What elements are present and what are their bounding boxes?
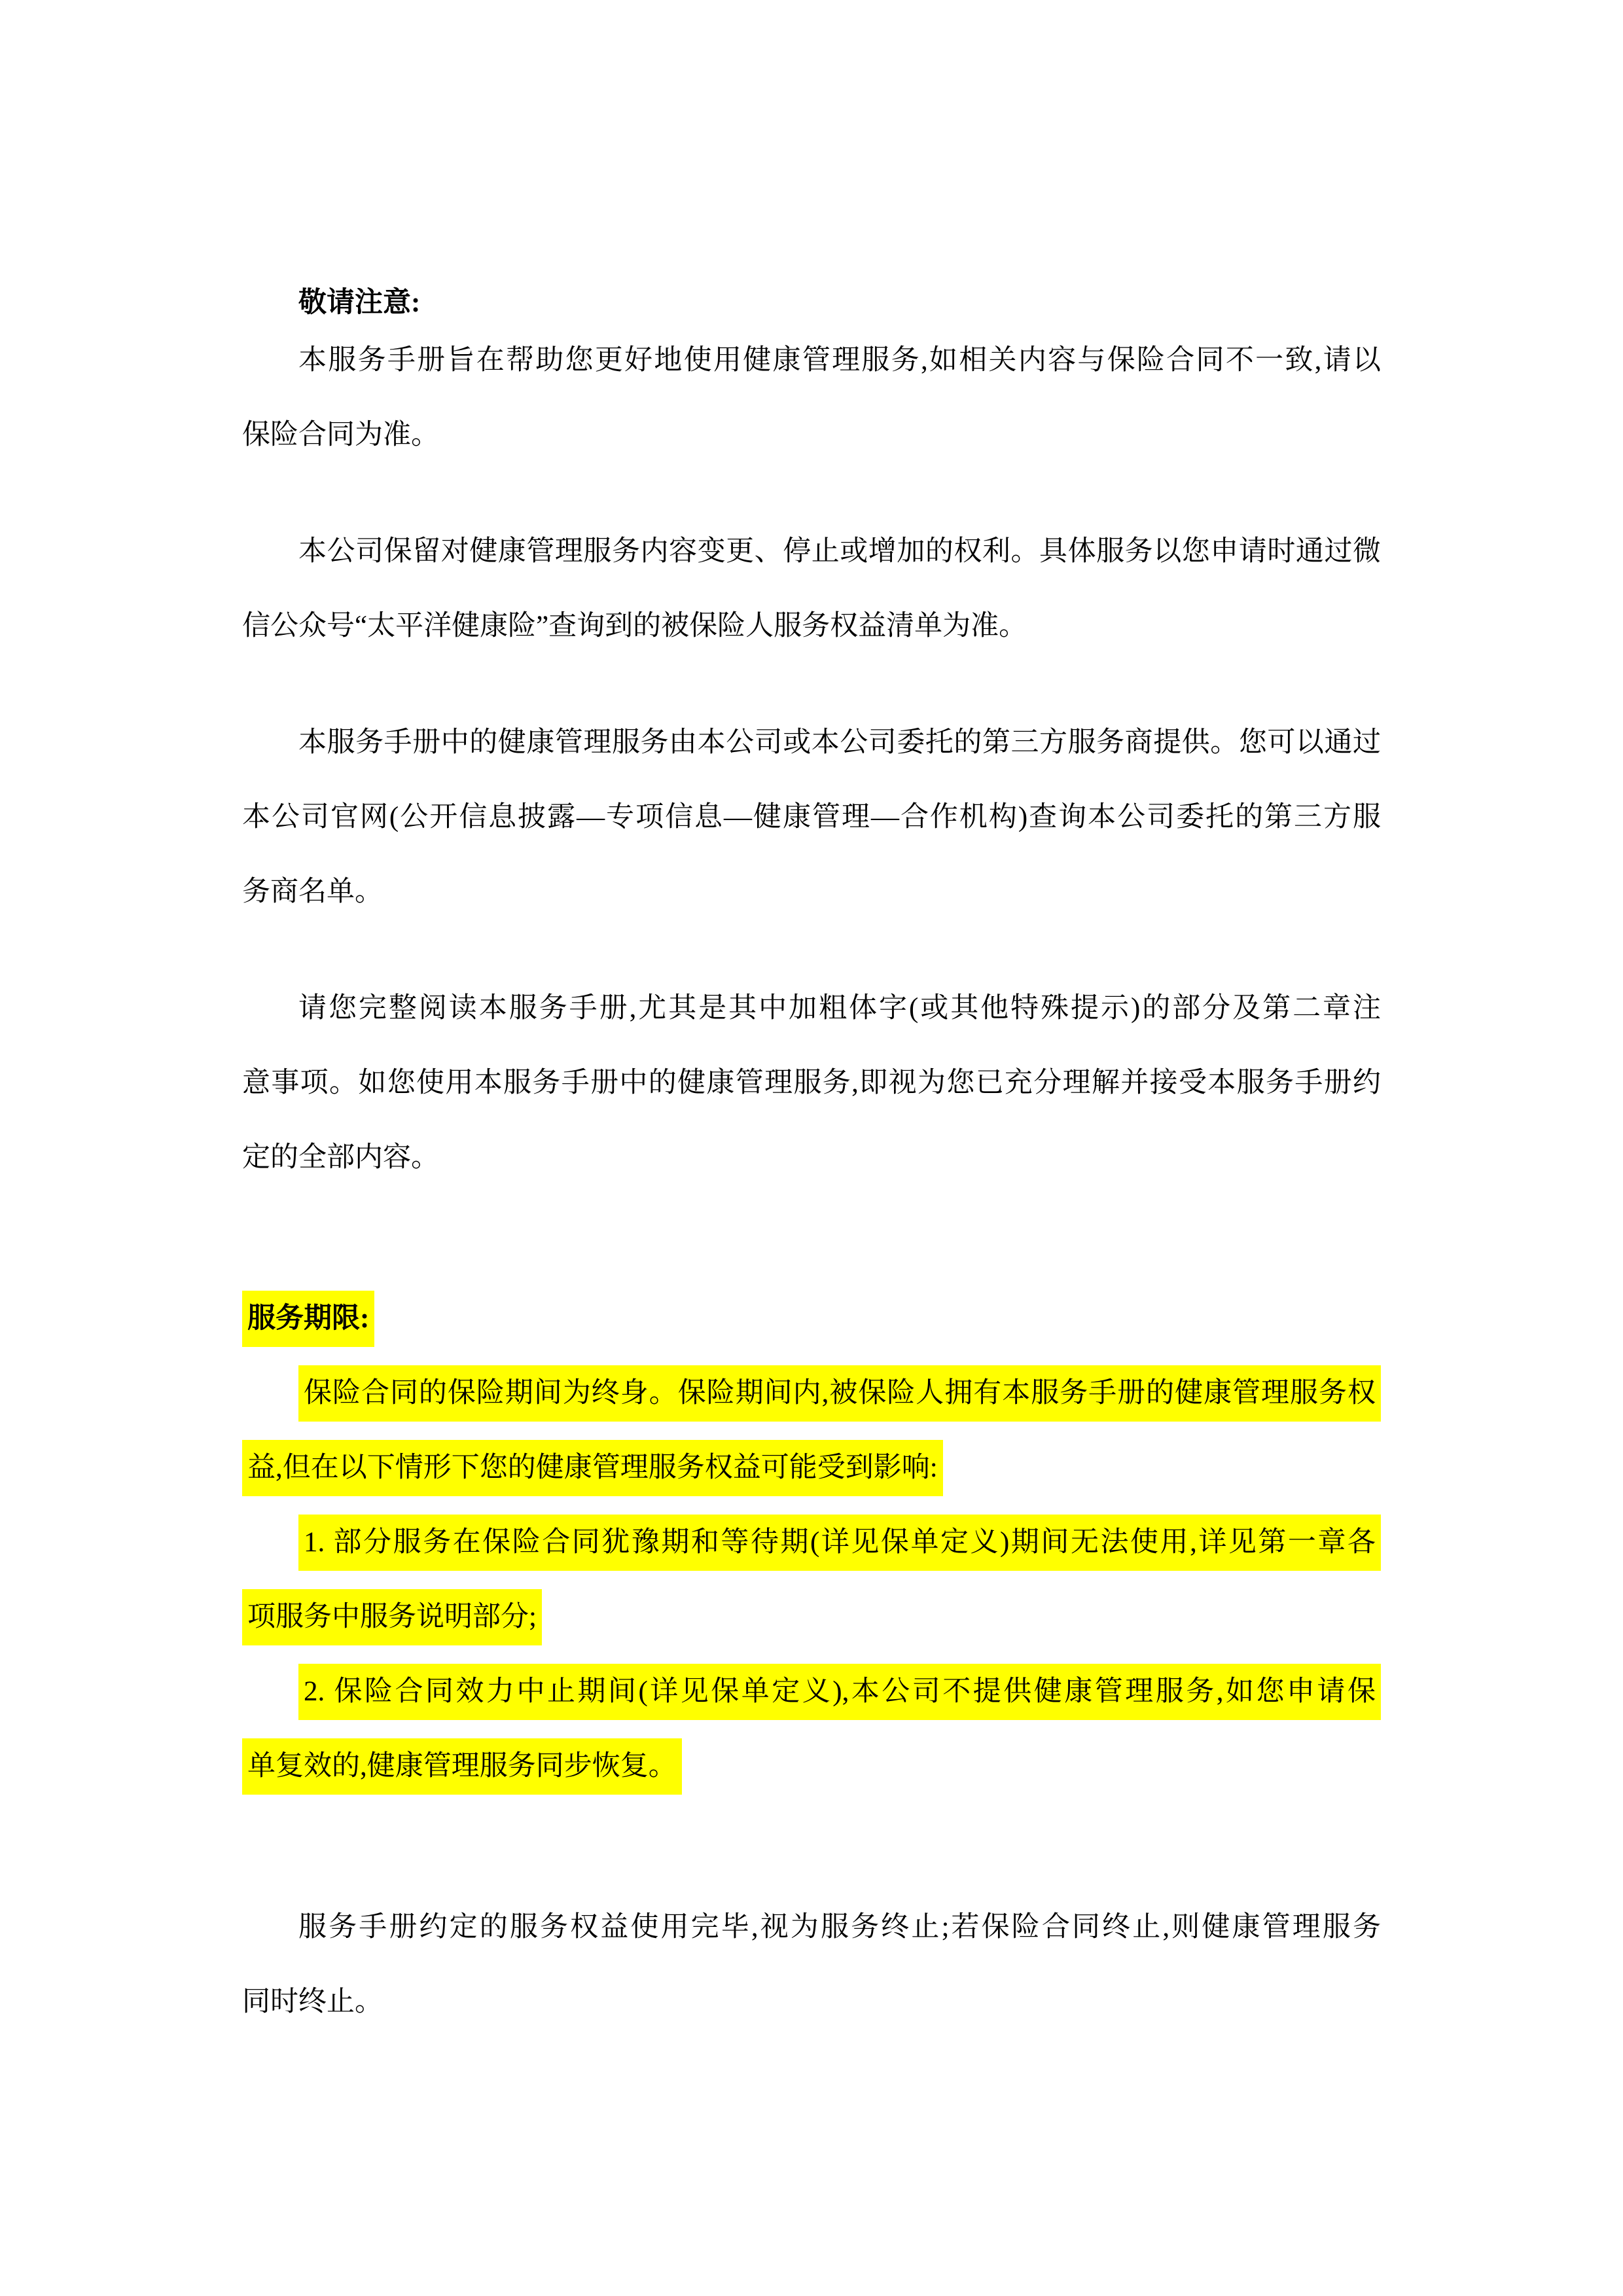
- highlighted-text: 1. 部分服务在保险合同犹豫期和等待期(详见保单定义)期间无法使用,详见第一章各: [298, 1515, 1381, 1571]
- highlighted-text: 单复效的,健康管理服务同步恢复。: [242, 1738, 682, 1795]
- service-period-heading: 服务期限:: [242, 1282, 1381, 1356]
- text-line: 本公司保留对健康管理服务内容变更、停止或增加的权利。具体服务以您申请时通过微: [242, 514, 1381, 589]
- text-run: 请您完整阅读本服务手册,尤其是其中加粗体字(或其他特殊提示)的部分及第二章注: [298, 993, 1381, 1024]
- document-page: { "page": { "background_color": "#ffffff…: [0, 0, 1623, 2296]
- text-run: 本公司官网(公开信息披露—专项信息—健康管理—合作机构)查询本公司委托的第三方服: [242, 802, 1381, 833]
- closing-paragraph: 服务手册约定的服务权益使用完毕,视为服务终止;若保险合同终止,则健康管理服务同时…: [242, 1890, 1381, 2039]
- text-line: 1. 部分服务在保险合同犹豫期和等待期(详见保单定义)期间无法使用,详见第一章各: [242, 1505, 1381, 1580]
- highlighted-text: 2. 保险合同效力中止期间(详见保单定义),本公司不提供健康管理服务,如您申请保: [298, 1664, 1381, 1720]
- text-line: 本服务手册旨在帮助您更好地使用健康管理服务,如相关内容与保险合同不一致,请以: [242, 323, 1381, 398]
- text-line: 本公司官网(公开信息披露—专项信息—健康管理—合作机构)查询本公司委托的第三方服: [242, 780, 1381, 855]
- text-run: 信公众号“太平洋健康险”查询到的被保险人服务权益清单为准。: [242, 611, 1027, 641]
- text-line: 同时终止。: [242, 1965, 1381, 2039]
- text-line: 意事项。如您使用本服务手册中的健康管理服务,即视为您已充分理解并接受本服务手册约: [242, 1046, 1381, 1121]
- text-line: 服务期限:: [242, 1282, 1381, 1356]
- text-line: 保险合同为准。: [242, 398, 1381, 473]
- text-line: 项服务中服务说明部分;: [242, 1580, 1381, 1655]
- text-run: 务商名单。: [242, 876, 383, 907]
- text-run: 意事项。如您使用本服务手册中的健康管理服务,即视为您已充分理解并接受本服务手册约: [242, 1067, 1381, 1098]
- text-run: 敬请注意:: [298, 287, 420, 318]
- text-line: 单复效的,健康管理服务同步恢复。: [242, 1729, 1381, 1804]
- text-line: 本服务手册中的健康管理服务由本公司或本公司委托的第三方服务商提供。您可以通过: [242, 706, 1381, 780]
- text-run: 保险合同为准。: [242, 420, 439, 450]
- highlighted-text: 服务期限:: [242, 1291, 374, 1347]
- text-line: 定的全部内容。: [242, 1121, 1381, 1195]
- text-line: 信公众号“太平洋健康险”查询到的被保险人服务权益清单为准。: [242, 589, 1381, 664]
- text-run: 同时终止。: [242, 1986, 383, 2017]
- text-line: 服务手册约定的服务权益使用完毕,视为服务终止;若保险合同终止,则健康管理服务: [242, 1890, 1381, 1965]
- highlight-paragraph: 保险合同的保险期间为终身。保险期间内,被保险人拥有本服务手册的健康管理服务权益,…: [242, 1356, 1381, 1505]
- text-run: 服务手册约定的服务权益使用完毕,视为服务终止;若保险合同终止,则健康管理服务: [298, 1912, 1381, 1943]
- text-line: 2. 保险合同效力中止期间(详见保单定义),本公司不提供健康管理服务,如您申请保: [242, 1655, 1381, 1729]
- paragraph: 本服务手册旨在帮助您更好地使用健康管理服务,如相关内容与保险合同不一致,请以保险…: [242, 323, 1381, 473]
- text-run: 本服务手册旨在帮助您更好地使用健康管理服务,如相关内容与保险合同不一致,请以: [298, 345, 1381, 376]
- highlight-item: 2. 保险合同效力中止期间(详见保单定义),本公司不提供健康管理服务,如您申请保…: [242, 1655, 1381, 1804]
- paragraph: 本服务手册中的健康管理服务由本公司或本公司委托的第三方服务商提供。您可以通过本公…: [242, 706, 1381, 929]
- paragraph: 本公司保留对健康管理服务内容变更、停止或增加的权利。具体服务以您申请时通过微信公…: [242, 514, 1381, 664]
- text-run: 本公司保留对健康管理服务内容变更、停止或增加的权利。具体服务以您申请时通过微: [298, 536, 1381, 567]
- text-line: 务商名单。: [242, 855, 1381, 929]
- text-line: 益,但在以下情形下您的健康管理服务权益可能受到影响:: [242, 1431, 1381, 1505]
- paragraph: 请您完整阅读本服务手册,尤其是其中加粗体字(或其他特殊提示)的部分及第二章注意事…: [242, 971, 1381, 1195]
- text-line: 请您完整阅读本服务手册,尤其是其中加粗体字(或其他特殊提示)的部分及第二章注: [242, 971, 1381, 1046]
- text-run: 定的全部内容。: [242, 1142, 439, 1173]
- document-content: 敬请注意:本服务手册旨在帮助您更好地使用健康管理服务,如相关内容与保险合同不一致…: [0, 0, 1623, 2039]
- text-line: 保险合同的保险期间为终身。保险期间内,被保险人拥有本服务手册的健康管理服务权: [242, 1356, 1381, 1431]
- page: 敬请注意:本服务手册旨在帮助您更好地使用健康管理服务,如相关内容与保险合同不一致…: [0, 0, 1623, 2296]
- highlighted-text: 保险合同的保险期间为终身。保险期间内,被保险人拥有本服务手册的健康管理服务权: [298, 1365, 1381, 1422]
- highlighted-text: 项服务中服务说明部分;: [242, 1589, 542, 1645]
- highlight-item: 1. 部分服务在保险合同犹豫期和等待期(详见保单定义)期间无法使用,详见第一章各…: [242, 1505, 1381, 1655]
- text-run: 本服务手册中的健康管理服务由本公司或本公司委托的第三方服务商提供。您可以通过: [298, 727, 1381, 758]
- highlighted-text: 益,但在以下情形下您的健康管理服务权益可能受到影响:: [242, 1440, 943, 1496]
